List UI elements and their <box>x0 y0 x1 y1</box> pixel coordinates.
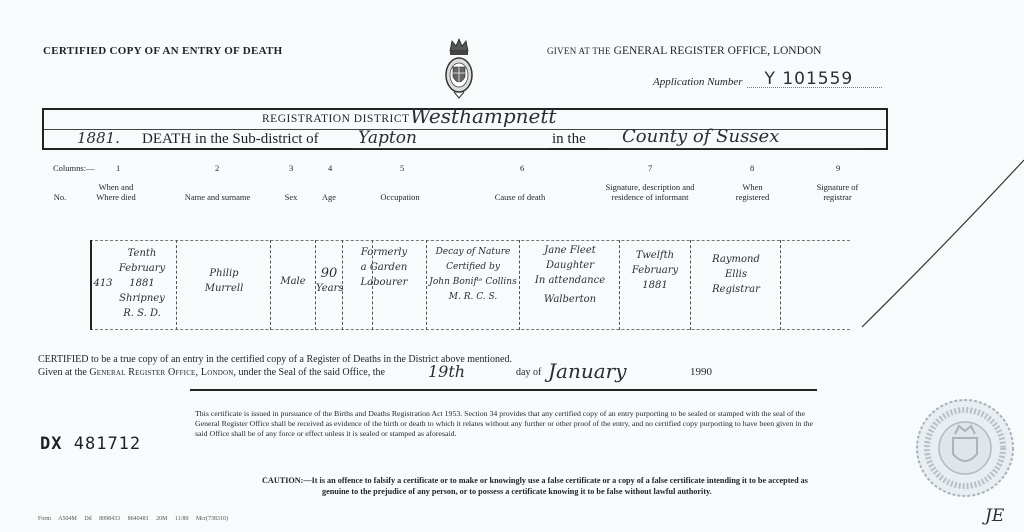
column-number: 5 <box>400 163 404 173</box>
entry-registrar-line: Ellis <box>692 267 780 282</box>
issuing-office-prefix: Given at the <box>547 46 611 56</box>
entry-registered-line: Twelfth <box>621 248 689 263</box>
entry-informant-line: Walberton <box>521 292 619 307</box>
header-cause: Cause of death <box>485 192 555 202</box>
caution-notice: CAUTION:—It is an offence to falsify a c… <box>262 475 892 497</box>
header-sex: Sex <box>279 192 303 202</box>
entry-occupation-line: a Garden <box>342 260 426 275</box>
issuing-office: Given at the GENERAL REGISTER OFFICE, LO… <box>547 45 822 57</box>
column-number: 6 <box>520 163 524 173</box>
entry-occupation: Formerly a Garden Labourer <box>342 245 426 290</box>
entry-when-where-line: February <box>112 261 172 276</box>
entry-age: 90 Years <box>316 266 342 296</box>
entry-sex: Male <box>272 274 314 289</box>
certification-suffix: , under the Seal of the said Office, the <box>234 367 385 378</box>
in-the-label: in the <box>552 131 586 148</box>
entry-cause-line: Certified by <box>426 260 520 275</box>
document-title: CERTIFIED COPY OF AN ENTRY OF DEATH <box>43 45 283 57</box>
header-informant: Signature, description and residence of … <box>595 182 705 202</box>
entry-informant-line: Daughter <box>521 258 619 273</box>
column-number: 2 <box>215 163 219 173</box>
entry-when-where-line: R. S. D. <box>112 306 172 321</box>
death-subdistrict-label: DEATH in the Sub-district of <box>142 131 319 148</box>
county-underline <box>608 148 863 149</box>
county-value: County of Sussex <box>622 126 779 147</box>
column-number: 8 <box>750 163 754 173</box>
entry-occupation-line: Formerly <box>342 245 426 260</box>
registration-year: 1881. <box>77 129 120 147</box>
certification-year: 1990 <box>690 366 712 378</box>
entry-occupation-line: Labourer <box>342 275 426 290</box>
entry-when-registered: Twelfth February 1881 <box>621 248 689 293</box>
caution-line-2: genuine to the prejudice of any person, … <box>262 486 892 497</box>
serial-number: 481712 <box>74 434 141 454</box>
entry-informant: Jane Fleet Daughter In attendance Walber… <box>521 243 619 307</box>
registration-district-value: Westhampnett <box>410 104 556 128</box>
header-occupation: Occupation <box>365 192 435 202</box>
issuing-office-name: GENERAL REGISTER OFFICE, LONDON <box>614 45 822 57</box>
entry-informant-line: Jane Fleet <box>521 243 619 258</box>
entry-registrar: Raymond Ellis Registrar <box>692 252 780 297</box>
entry-age-unit: Years <box>316 281 342 296</box>
application-number-field: Y 101559 <box>747 72 882 88</box>
entry-informant-line: In attendance <box>521 273 619 288</box>
column-number: 9 <box>836 163 840 173</box>
entry-name: Philip Murrell <box>180 266 268 296</box>
columns-label: Columns:— <box>53 163 95 173</box>
embossed-seal-icon <box>915 398 1015 498</box>
certification-month: January <box>548 359 627 383</box>
subdistrict-underline <box>352 148 550 149</box>
clerk-initials: JE <box>985 506 1004 526</box>
entry-cause-line: Decay of Nature <box>426 245 520 260</box>
header-age: Age <box>316 192 342 202</box>
entry-when-where-line: 1881 <box>112 276 172 291</box>
entry-registered-line: February <box>621 263 689 278</box>
form-code: Form A504M Dd 8098433 8640481 20M 11/89 … <box>38 516 228 522</box>
caution-line-1: CAUTION:—It is an offence to falsify a c… <box>262 475 892 486</box>
certification-office: General Register Office, London <box>89 367 233 378</box>
application-number-label: Application Number <box>653 76 743 88</box>
entry-registered-line: 1881 <box>621 278 689 293</box>
column-number: 3 <box>289 163 293 173</box>
column-number: 7 <box>648 163 652 173</box>
entry-registrar-line: Registrar <box>692 282 780 297</box>
application-number-row: Application Number Y 101559 <box>653 72 882 88</box>
certification-rule <box>190 389 817 391</box>
entry-when-where-line: Tenth <box>112 246 172 261</box>
header-no: No. <box>50 192 70 202</box>
entry-surname: Murrell <box>180 281 268 296</box>
entry-cause: Decay of Nature Certified by John Bonifᵗ… <box>426 245 520 305</box>
certification-day: 19th <box>428 362 465 381</box>
entry-when-where: Tenth February 1881 Shripney R. S. D. <box>112 246 172 321</box>
registration-district-label: REGISTRATION DISTRICT <box>262 113 410 125</box>
entry-cause-line: John Bonifᵗᵉ Collins <box>426 275 520 290</box>
header-name: Name and surname <box>170 192 265 202</box>
entry-age-value: 90 <box>316 266 342 281</box>
entry-cause-line: M. R. C. S. <box>426 290 520 305</box>
header-when-registered: When registered <box>730 182 775 202</box>
certificate-serial: DX 481712 <box>40 434 141 454</box>
certification-prefix: Given at the <box>38 367 87 378</box>
header-when-where: When and Where died <box>88 182 144 202</box>
day-of-label: day of <box>516 367 541 378</box>
entry-row: 413 Tenth February 1881 Shripney R. S. D… <box>90 240 850 330</box>
application-number-value: Y 101559 <box>765 69 854 89</box>
header-registrar: Signature of registrar <box>805 182 870 202</box>
column-number: 1 <box>116 163 120 173</box>
legal-notice: This certificate is issued in pursuance … <box>195 409 825 439</box>
entry-when-where-line: Shripney <box>112 291 172 306</box>
entry-registrar-line: Raymond <box>692 252 780 267</box>
entry-forename: Philip <box>180 266 268 281</box>
serial-prefix: DX <box>40 434 62 454</box>
royal-coat-of-arms-icon <box>444 37 474 99</box>
subdistrict-value: Yapton <box>358 128 417 148</box>
column-number: 4 <box>328 163 332 173</box>
